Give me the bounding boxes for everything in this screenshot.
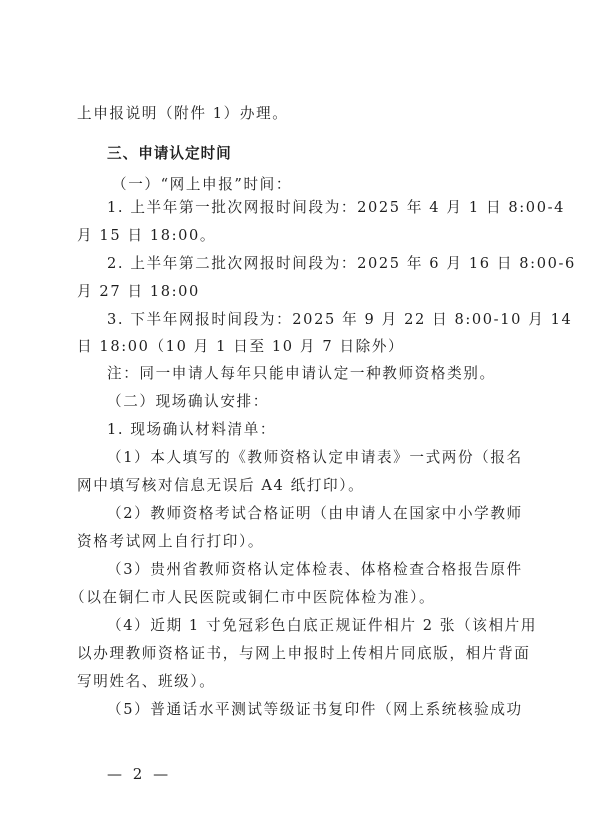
paragraph-line: 2. 上半年第二批次网报时间段为：2025 年 6 月 16 日 8:00-6	[107, 254, 576, 274]
page-number: — 2 —	[107, 765, 171, 783]
list-item-line: （4）近期 1 寸免冠彩色白底正规证件相片 2 张（该相片用	[107, 616, 537, 636]
paragraph-line: 日 18:00（10 月 1 日至 10 月 7 日除外）	[77, 337, 404, 357]
list-item-line: （2）教师资格考试合格证明（由申请人在国家中小学教师	[107, 504, 523, 524]
list-item-line: 以办理教师资格证书，与网上申报时上传相片同底版，相片背面	[77, 644, 530, 664]
paragraph-line: 1. 上半年第一批次网报时间段为：2025 年 4 月 1 日 8:00-4	[107, 198, 565, 218]
list-item-line: （以在铜仁市人民医院或铜仁市中医院体检为准）。	[70, 588, 435, 608]
paragraph-line: 月 27 日 18:00	[77, 282, 200, 302]
list-item-line: 资格考试网上自行打印）。	[77, 532, 264, 552]
subsection-heading: （一）“网上申报”时间：	[112, 175, 292, 195]
list-item-line: （3）贵州省教师资格认定体检表、体格检查合格报告原件	[107, 560, 523, 580]
paragraph-line: 1. 现场确认材料清单：	[107, 420, 276, 440]
paragraph-line: 上申报说明（附件 1）办理。	[77, 104, 288, 124]
subsection-heading: （二）现场确认安排：	[107, 392, 269, 412]
list-item-line: （5）普通话水平测试等级证书复印件（网上系统核验成功	[107, 700, 523, 720]
list-item-line: 网中填写核对信息无误后 A4 纸打印）。	[77, 476, 364, 496]
list-item-line: 写明姓名、班级）。	[77, 672, 215, 692]
note-line: 注：同一申请人每年只能申请认定一种教师资格类别。	[107, 364, 496, 384]
list-item-line: （1）本人填写的《教师资格认定申请表》一式两份（报名	[107, 448, 523, 468]
paragraph-line: 3. 下半年网报时间段为：2025 年 9 月 22 日 8:00-10 月 1…	[107, 310, 572, 330]
section-heading: 三、申请认定时间	[107, 144, 232, 164]
paragraph-line: 月 15 日 18:00。	[77, 226, 216, 246]
